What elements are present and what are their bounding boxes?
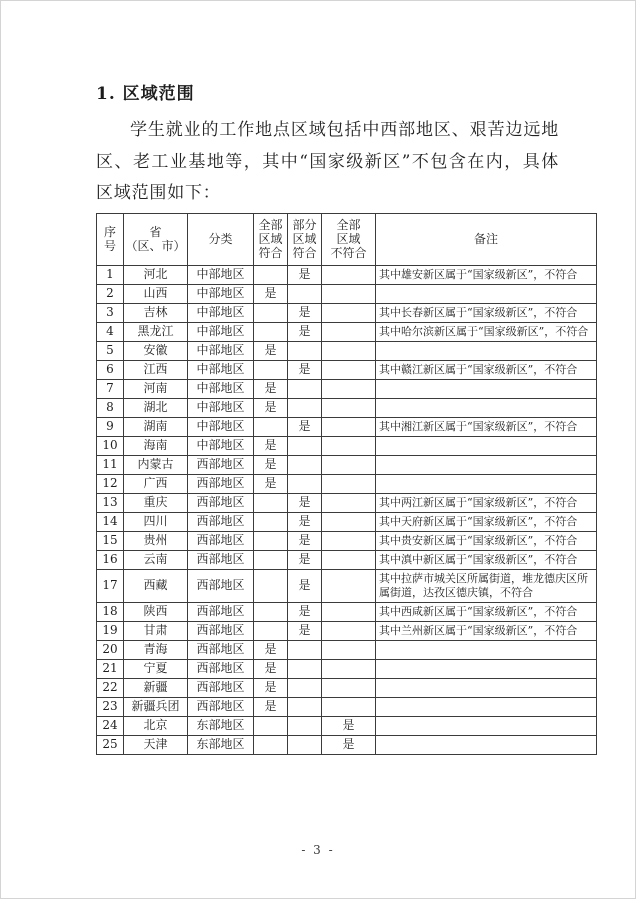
province-cell: 新疆 bbox=[124, 678, 188, 697]
table-row: 10海南中部地区是 bbox=[97, 436, 597, 455]
category-cell: 西部地区 bbox=[188, 621, 254, 640]
no-match-cell bbox=[322, 341, 376, 360]
partial-match-cell bbox=[288, 678, 322, 697]
no-match-cell bbox=[322, 621, 376, 640]
no-match-cell: 是 bbox=[322, 735, 376, 754]
category-cell: 东部地区 bbox=[188, 716, 254, 735]
col-header-no-match: 全部 区域 不符合 bbox=[322, 213, 376, 265]
category-cell: 中部地区 bbox=[188, 436, 254, 455]
table-header: 序 号 省 （区、市） 分类 全部 区域 符合 部分 区域 符合 全部 区域 不… bbox=[97, 213, 597, 265]
province-cell: 内蒙古 bbox=[124, 455, 188, 474]
partial-match-cell bbox=[288, 436, 322, 455]
full-match-cell bbox=[254, 550, 288, 569]
full-match-cell: 是 bbox=[254, 455, 288, 474]
partial-match-cell bbox=[288, 716, 322, 735]
remark-cell bbox=[376, 659, 597, 678]
province-cell: 河南 bbox=[124, 379, 188, 398]
province-cell: 四川 bbox=[124, 512, 188, 531]
no-match-cell bbox=[322, 493, 376, 512]
category-cell: 中部地区 bbox=[188, 322, 254, 341]
partial-match-cell bbox=[288, 398, 322, 417]
no-match-cell bbox=[322, 436, 376, 455]
table-row: 5安徽中部地区是 bbox=[97, 341, 597, 360]
remark-cell: 其中雄安新区属于“国家级新区”，不符合 bbox=[376, 265, 597, 284]
no-match-cell bbox=[322, 474, 376, 493]
index-cell: 22 bbox=[97, 678, 124, 697]
index-cell: 8 bbox=[97, 398, 124, 417]
category-cell: 东部地区 bbox=[188, 735, 254, 754]
full-match-cell: 是 bbox=[254, 341, 288, 360]
full-match-cell: 是 bbox=[254, 436, 288, 455]
remark-cell: 其中滇中新区属于“国家级新区”，不符合 bbox=[376, 550, 597, 569]
remark-cell: 其中兰州新区属于“国家级新区”，不符合 bbox=[376, 621, 597, 640]
index-cell: 17 bbox=[97, 569, 124, 602]
partial-match-cell bbox=[288, 659, 322, 678]
full-match-cell: 是 bbox=[254, 640, 288, 659]
index-cell: 9 bbox=[97, 417, 124, 436]
partial-match-cell bbox=[288, 284, 322, 303]
partial-match-cell: 是 bbox=[288, 512, 322, 531]
partial-match-cell bbox=[288, 697, 322, 716]
table-row: 17西藏西部地区是其中拉萨市城关区所属街道，堆龙德庆区所属街道，达孜区德庆镇，不… bbox=[97, 569, 597, 602]
no-match-cell bbox=[322, 602, 376, 621]
table-row: 15贵州西部地区是其中贵安新区属于“国家级新区”，不符合 bbox=[97, 531, 597, 550]
partial-match-cell bbox=[288, 735, 322, 754]
document-page: 1. 区域范围 学生就业的工作地点区域包括中西部地区、艰苦边远地区、老工业基地等… bbox=[0, 0, 636, 899]
province-cell: 河北 bbox=[124, 265, 188, 284]
col-header-province: 省 （区、市） bbox=[124, 213, 188, 265]
intro-paragraph: 学生就业的工作地点区域包括中西部地区、艰苦边远地区、老工业基地等，其中“国家级新… bbox=[96, 115, 559, 210]
no-match-cell bbox=[322, 659, 376, 678]
full-match-cell bbox=[254, 512, 288, 531]
remark-cell: 其中湘江新区属于“国家级新区”，不符合 bbox=[376, 417, 597, 436]
full-match-cell: 是 bbox=[254, 659, 288, 678]
no-match-cell bbox=[322, 678, 376, 697]
table-row: 16云南西部地区是其中滇中新区属于“国家级新区”，不符合 bbox=[97, 550, 597, 569]
full-match-cell: 是 bbox=[254, 284, 288, 303]
full-match-cell bbox=[254, 493, 288, 512]
category-cell: 西部地区 bbox=[188, 602, 254, 621]
remark-cell bbox=[376, 640, 597, 659]
full-match-cell: 是 bbox=[254, 398, 288, 417]
index-cell: 6 bbox=[97, 360, 124, 379]
table-row: 6江西中部地区是其中赣江新区属于“国家级新区”，不符合 bbox=[97, 360, 597, 379]
table-row: 25天津东部地区是 bbox=[97, 735, 597, 754]
full-match-cell: 是 bbox=[254, 379, 288, 398]
index-cell: 3 bbox=[97, 303, 124, 322]
province-cell: 安徽 bbox=[124, 341, 188, 360]
table-row: 2山西中部地区是 bbox=[97, 284, 597, 303]
region-table: 序 号 省 （区、市） 分类 全部 区域 符合 部分 区域 符合 全部 区域 不… bbox=[96, 213, 597, 755]
table-row: 23新疆兵团西部地区是 bbox=[97, 697, 597, 716]
province-cell: 重庆 bbox=[124, 493, 188, 512]
province-cell: 宁夏 bbox=[124, 659, 188, 678]
province-cell: 天津 bbox=[124, 735, 188, 754]
remark-cell bbox=[376, 697, 597, 716]
index-cell: 5 bbox=[97, 341, 124, 360]
category-cell: 西部地区 bbox=[188, 697, 254, 716]
province-cell: 湖北 bbox=[124, 398, 188, 417]
remark-cell bbox=[376, 455, 597, 474]
province-cell: 广西 bbox=[124, 474, 188, 493]
table-row: 20青海西部地区是 bbox=[97, 640, 597, 659]
full-match-cell: 是 bbox=[254, 697, 288, 716]
section-heading: 1. 区域范围 bbox=[96, 83, 595, 105]
province-cell: 吉林 bbox=[124, 303, 188, 322]
col-header-remark: 备注 bbox=[376, 213, 597, 265]
index-cell: 24 bbox=[97, 716, 124, 735]
index-cell: 12 bbox=[97, 474, 124, 493]
table-row: 12广西西部地区是 bbox=[97, 474, 597, 493]
index-cell: 13 bbox=[97, 493, 124, 512]
partial-match-cell: 是 bbox=[288, 265, 322, 284]
full-match-cell bbox=[254, 303, 288, 322]
remark-cell: 其中西咸新区属于“国家级新区”，不符合 bbox=[376, 602, 597, 621]
no-match-cell bbox=[322, 512, 376, 531]
province-cell: 北京 bbox=[124, 716, 188, 735]
remark-cell bbox=[376, 474, 597, 493]
remark-cell bbox=[376, 678, 597, 697]
table-row: 1河北中部地区是其中雄安新区属于“国家级新区”，不符合 bbox=[97, 265, 597, 284]
no-match-cell bbox=[322, 550, 376, 569]
province-cell: 云南 bbox=[124, 550, 188, 569]
category-cell: 中部地区 bbox=[188, 341, 254, 360]
index-cell: 20 bbox=[97, 640, 124, 659]
full-match-cell bbox=[254, 322, 288, 341]
partial-match-cell bbox=[288, 379, 322, 398]
remark-cell bbox=[376, 341, 597, 360]
category-cell: 中部地区 bbox=[188, 379, 254, 398]
page-number: - 3 - bbox=[1, 843, 635, 857]
col-header-partial-match: 部分 区域 符合 bbox=[288, 213, 322, 265]
col-header-category: 分类 bbox=[188, 213, 254, 265]
full-match-cell bbox=[254, 360, 288, 379]
partial-match-cell bbox=[288, 474, 322, 493]
table-row: 22新疆西部地区是 bbox=[97, 678, 597, 697]
remark-cell: 其中天府新区属于“国家级新区”，不符合 bbox=[376, 512, 597, 531]
category-cell: 西部地区 bbox=[188, 550, 254, 569]
index-cell: 4 bbox=[97, 322, 124, 341]
full-match-cell: 是 bbox=[254, 678, 288, 697]
province-cell: 甘肃 bbox=[124, 621, 188, 640]
category-cell: 西部地区 bbox=[188, 678, 254, 697]
full-match-cell bbox=[254, 716, 288, 735]
full-match-cell bbox=[254, 417, 288, 436]
full-match-cell bbox=[254, 602, 288, 621]
no-match-cell bbox=[322, 322, 376, 341]
table-row: 24北京东部地区是 bbox=[97, 716, 597, 735]
index-cell: 7 bbox=[97, 379, 124, 398]
no-match-cell bbox=[322, 417, 376, 436]
no-match-cell bbox=[322, 303, 376, 322]
remark-cell bbox=[376, 716, 597, 735]
no-match-cell bbox=[322, 697, 376, 716]
no-match-cell bbox=[322, 640, 376, 659]
remark-cell bbox=[376, 398, 597, 417]
category-cell: 中部地区 bbox=[188, 417, 254, 436]
index-cell: 10 bbox=[97, 436, 124, 455]
province-cell: 黑龙江 bbox=[124, 322, 188, 341]
no-match-cell bbox=[322, 398, 376, 417]
partial-match-cell: 是 bbox=[288, 493, 322, 512]
partial-match-cell: 是 bbox=[288, 322, 322, 341]
province-cell: 江西 bbox=[124, 360, 188, 379]
index-cell: 18 bbox=[97, 602, 124, 621]
remark-cell: 其中两江新区属于“国家级新区”，不符合 bbox=[376, 493, 597, 512]
full-match-cell: 是 bbox=[254, 474, 288, 493]
remark-cell bbox=[376, 284, 597, 303]
table-row: 11内蒙古西部地区是 bbox=[97, 455, 597, 474]
category-cell: 西部地区 bbox=[188, 640, 254, 659]
no-match-cell bbox=[322, 265, 376, 284]
table-row: 3吉林中部地区是其中长春新区属于“国家级新区”，不符合 bbox=[97, 303, 597, 322]
category-cell: 中部地区 bbox=[188, 303, 254, 322]
index-cell: 25 bbox=[97, 735, 124, 754]
col-header-index: 序 号 bbox=[97, 213, 124, 265]
category-cell: 西部地区 bbox=[188, 493, 254, 512]
table-row: 18陕西西部地区是其中西咸新区属于“国家级新区”，不符合 bbox=[97, 602, 597, 621]
category-cell: 西部地区 bbox=[188, 512, 254, 531]
partial-match-cell: 是 bbox=[288, 602, 322, 621]
province-cell: 新疆兵团 bbox=[124, 697, 188, 716]
index-cell: 15 bbox=[97, 531, 124, 550]
index-cell: 19 bbox=[97, 621, 124, 640]
partial-match-cell: 是 bbox=[288, 417, 322, 436]
table-row: 13重庆西部地区是其中两江新区属于“国家级新区”，不符合 bbox=[97, 493, 597, 512]
remark-cell bbox=[376, 436, 597, 455]
document-content: 1. 区域范围 学生就业的工作地点区域包括中西部地区、艰苦边远地区、老工业基地等… bbox=[1, 1, 635, 755]
province-cell: 海南 bbox=[124, 436, 188, 455]
index-cell: 23 bbox=[97, 697, 124, 716]
remark-cell bbox=[376, 379, 597, 398]
category-cell: 中部地区 bbox=[188, 360, 254, 379]
table-row: 14四川西部地区是其中天府新区属于“国家级新区”，不符合 bbox=[97, 512, 597, 531]
province-cell: 陕西 bbox=[124, 602, 188, 621]
index-cell: 14 bbox=[97, 512, 124, 531]
table-row: 4黑龙江中部地区是其中哈尔滨新区属于“国家级新区”，不符合 bbox=[97, 322, 597, 341]
table-row: 9湖南中部地区是其中湘江新区属于“国家级新区”，不符合 bbox=[97, 417, 597, 436]
remark-cell: 其中长春新区属于“国家级新区”，不符合 bbox=[376, 303, 597, 322]
partial-match-cell: 是 bbox=[288, 621, 322, 640]
category-cell: 中部地区 bbox=[188, 398, 254, 417]
remark-cell: 其中贵安新区属于“国家级新区”，不符合 bbox=[376, 531, 597, 550]
category-cell: 中部地区 bbox=[188, 284, 254, 303]
table-header-row: 序 号 省 （区、市） 分类 全部 区域 符合 部分 区域 符合 全部 区域 不… bbox=[97, 213, 597, 265]
partial-match-cell: 是 bbox=[288, 360, 322, 379]
table-row: 7河南中部地区是 bbox=[97, 379, 597, 398]
col-header-full-match: 全部 区域 符合 bbox=[254, 213, 288, 265]
remark-cell: 其中赣江新区属于“国家级新区”，不符合 bbox=[376, 360, 597, 379]
full-match-cell bbox=[254, 735, 288, 754]
table-row: 21宁夏西部地区是 bbox=[97, 659, 597, 678]
province-cell: 西藏 bbox=[124, 569, 188, 602]
category-cell: 西部地区 bbox=[188, 455, 254, 474]
no-match-cell bbox=[322, 531, 376, 550]
partial-match-cell bbox=[288, 341, 322, 360]
category-cell: 中部地区 bbox=[188, 265, 254, 284]
partial-match-cell bbox=[288, 640, 322, 659]
index-cell: 21 bbox=[97, 659, 124, 678]
index-cell: 1 bbox=[97, 265, 124, 284]
category-cell: 西部地区 bbox=[188, 531, 254, 550]
no-match-cell bbox=[322, 569, 376, 602]
index-cell: 16 bbox=[97, 550, 124, 569]
table-body: 1河北中部地区是其中雄安新区属于“国家级新区”，不符合2山西中部地区是3吉林中部… bbox=[97, 265, 597, 754]
remark-cell: 其中拉萨市城关区所属街道，堆龙德庆区所属街道，达孜区德庆镇，不符合 bbox=[376, 569, 597, 602]
full-match-cell bbox=[254, 265, 288, 284]
partial-match-cell: 是 bbox=[288, 550, 322, 569]
category-cell: 西部地区 bbox=[188, 474, 254, 493]
partial-match-cell: 是 bbox=[288, 303, 322, 322]
remark-cell bbox=[376, 735, 597, 754]
province-cell: 山西 bbox=[124, 284, 188, 303]
no-match-cell bbox=[322, 284, 376, 303]
category-cell: 西部地区 bbox=[188, 659, 254, 678]
province-cell: 青海 bbox=[124, 640, 188, 659]
no-match-cell bbox=[322, 379, 376, 398]
remark-cell: 其中哈尔滨新区属于“国家级新区”，不符合 bbox=[376, 322, 597, 341]
partial-match-cell: 是 bbox=[288, 531, 322, 550]
no-match-cell bbox=[322, 455, 376, 474]
province-cell: 贵州 bbox=[124, 531, 188, 550]
no-match-cell bbox=[322, 360, 376, 379]
full-match-cell bbox=[254, 531, 288, 550]
partial-match-cell: 是 bbox=[288, 569, 322, 602]
index-cell: 11 bbox=[97, 455, 124, 474]
full-match-cell bbox=[254, 569, 288, 602]
province-cell: 湖南 bbox=[124, 417, 188, 436]
table-row: 8湖北中部地区是 bbox=[97, 398, 597, 417]
table-row: 19甘肃西部地区是其中兰州新区属于“国家级新区”，不符合 bbox=[97, 621, 597, 640]
partial-match-cell bbox=[288, 455, 322, 474]
full-match-cell bbox=[254, 621, 288, 640]
no-match-cell: 是 bbox=[322, 716, 376, 735]
index-cell: 2 bbox=[97, 284, 124, 303]
category-cell: 西部地区 bbox=[188, 569, 254, 602]
